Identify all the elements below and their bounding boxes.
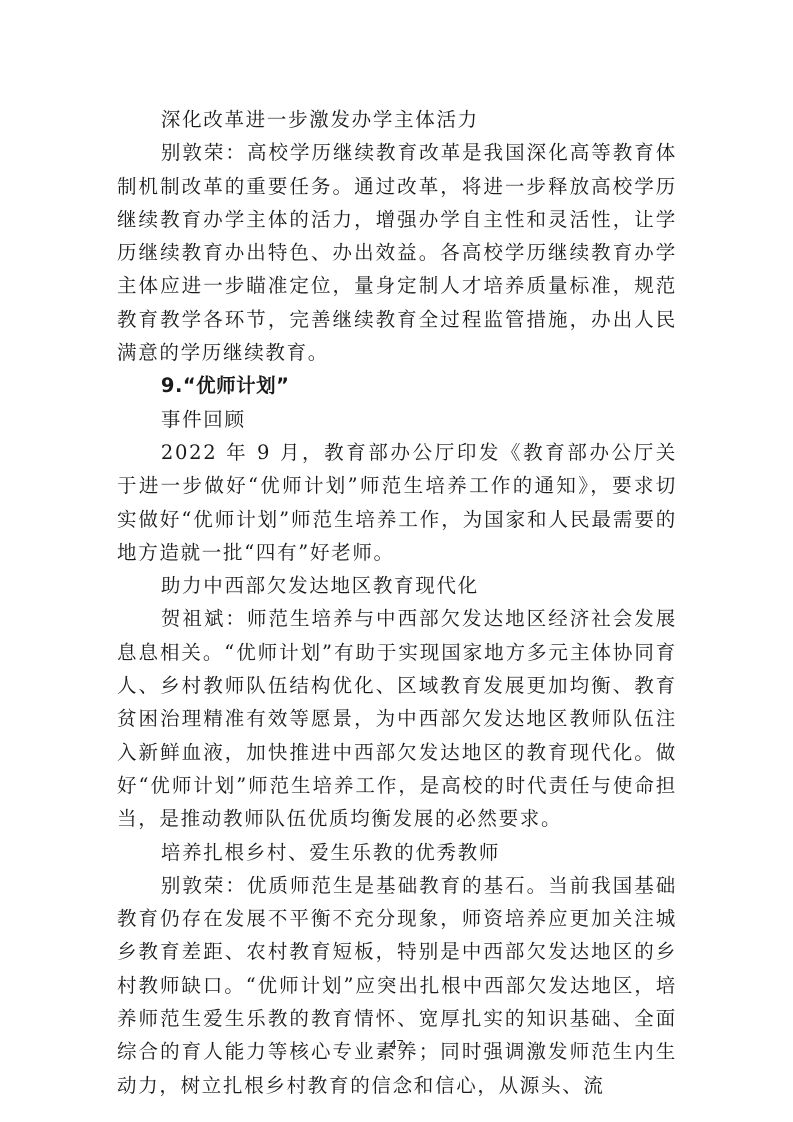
document-body: 深化改革进一步激发办学主体活力 别敦荣：高校学历继续教育改革是我国深化高等教育体… [117, 103, 677, 1102]
paragraph-he-zubin: 贺祖斌：师范生培养与中西部欠发达地区经济社会发展息息相关。“优师计划”有助于实现… [117, 602, 677, 835]
paragraph-event-review: 2022 年 9 月，教育部办公厅印发《教育部办公厅关于进一步做好“优师计划”师… [117, 436, 677, 569]
section-heading-youshi-plan: 9.“优师计划” [117, 369, 677, 402]
paragraph-bie-dunrong-reform: 别敦荣：高校学历继续教育改革是我国深化高等教育体制机制改革的重要任务。通过改革，… [117, 136, 677, 369]
section-subheading-rural-teachers: 培养扎根乡村、爱生乐教的优秀教师 [117, 836, 677, 869]
paragraph-bie-dunrong-teachers: 别敦荣：优质师范生是基础教育的基石。当前我国基础教育仍存在发展不平衡不充分现象，… [117, 869, 677, 1102]
section-subheading-reform: 深化改革进一步激发办学主体活力 [117, 103, 677, 136]
page-number: 47 [0, 1037, 793, 1052]
section-subheading-event-review: 事件回顾 [117, 403, 677, 436]
section-subheading-modernization: 助力中西部欠发达地区教育现代化 [117, 569, 677, 602]
